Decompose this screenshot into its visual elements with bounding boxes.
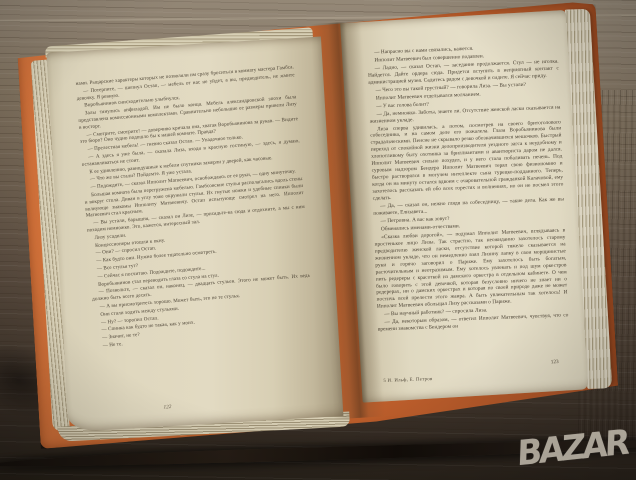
photo-of-open-book-on-table: нами. Рыцарские характеры которых не поз… — [0, 0, 636, 480]
photo-vignette — [0, 0, 636, 480]
